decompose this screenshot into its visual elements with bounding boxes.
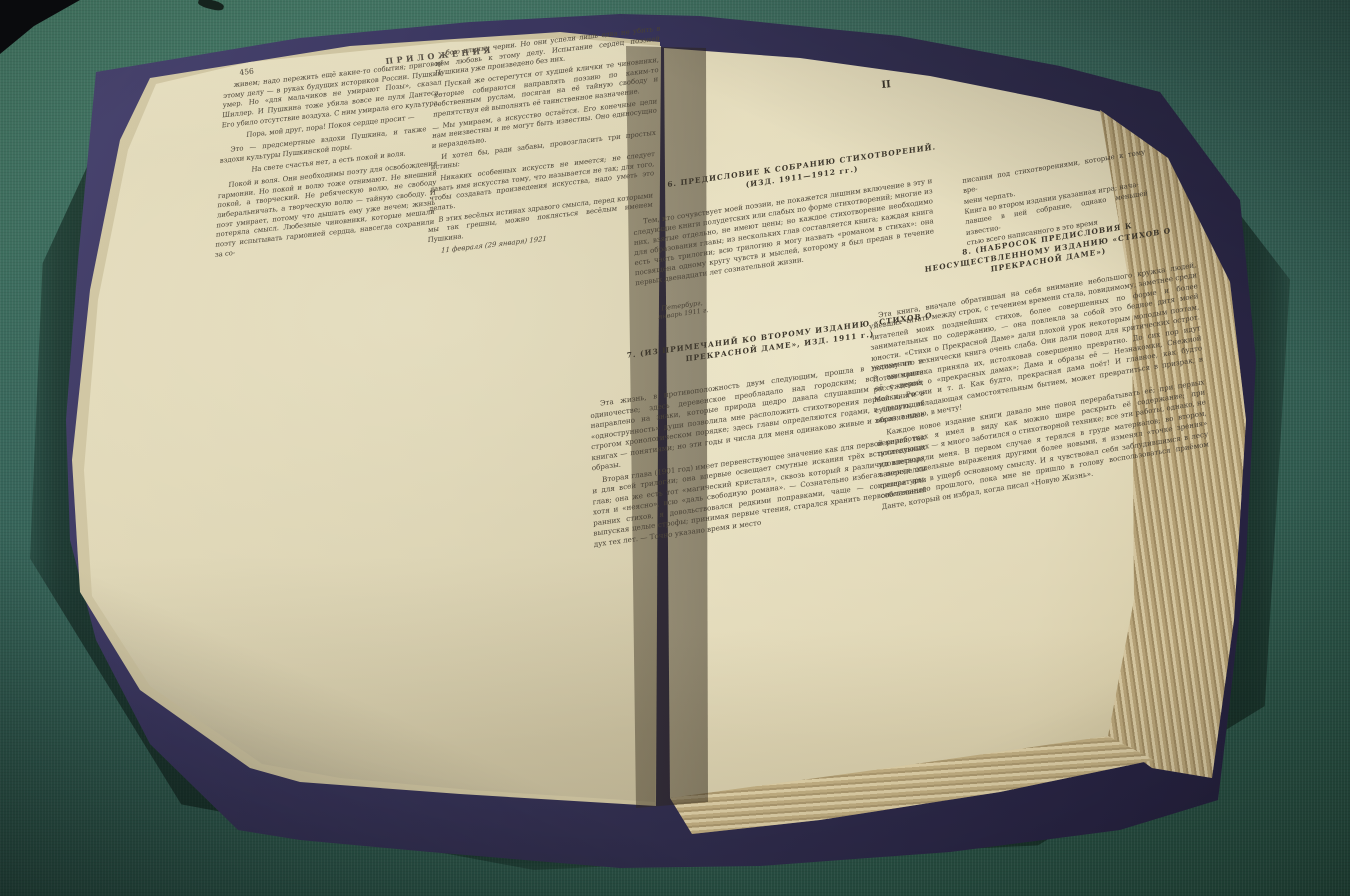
- printed-text-layer: ПРИЛОЖЕНИЯ 456 живем; надо пережить ещё …: [0, 0, 1350, 896]
- photo-scene: ПРИЛОЖЕНИЯ 456 живем; надо пережить ещё …: [0, 0, 1350, 896]
- section-2-body: Эта жизнь, в противоположность двум след…: [590, 356, 927, 552]
- page-number: 456: [239, 67, 254, 77]
- section-numeral: II: [881, 79, 891, 91]
- section-2-number: 7.: [627, 350, 637, 360]
- section-1-signature: Петербург, январь 1911 г.: [622, 293, 743, 326]
- section-3-number: 8.: [962, 246, 972, 257]
- left-page-column-2: бою кличку черни. Но они успели лишь едв…: [427, 24, 661, 260]
- section-1-number: 6.: [667, 179, 677, 189]
- left-page-column-1: живем; надо пережить ещё какие-то событи…: [215, 59, 443, 262]
